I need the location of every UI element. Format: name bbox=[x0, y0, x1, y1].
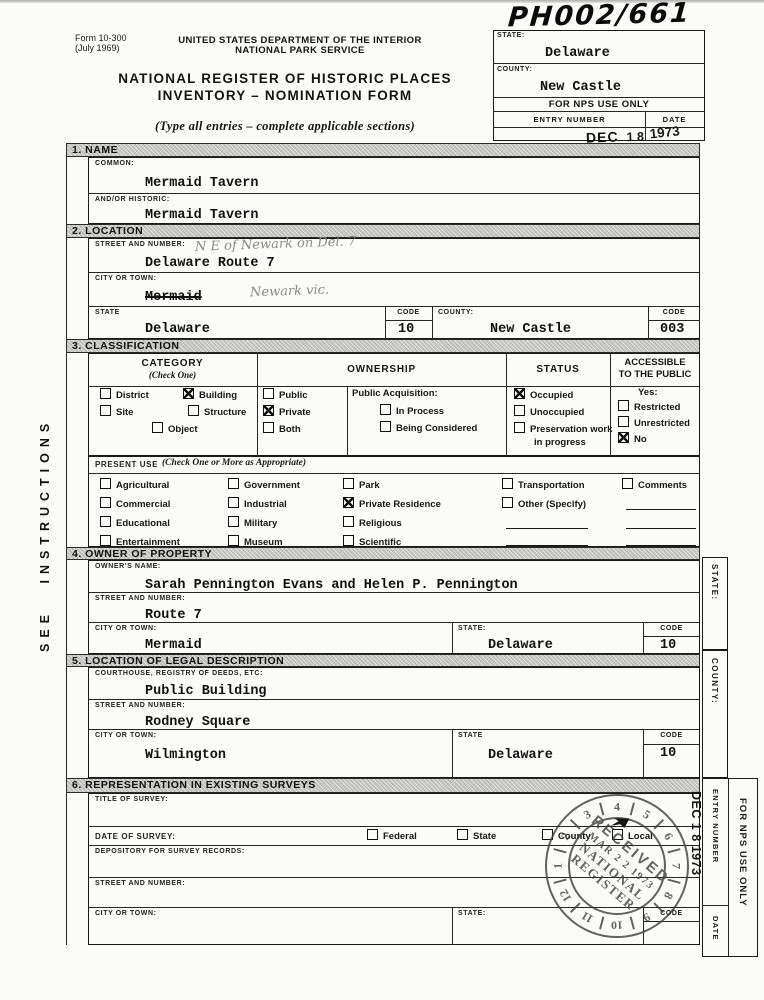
checkbox-label: Religious bbox=[359, 518, 402, 529]
owner-street-value: Route 7 bbox=[145, 608, 202, 623]
checkbox bbox=[100, 516, 111, 527]
section-1-header: 1. NAME bbox=[66, 143, 700, 157]
checkbox-transportation: Transportation bbox=[502, 478, 585, 491]
blank-write-in-line bbox=[626, 509, 696, 510]
owner-name-value: Sarah Pennington Evans and Helen P. Penn… bbox=[145, 578, 518, 593]
sidebar-entry-number-label: ENTRY NUMBER bbox=[711, 789, 720, 863]
checkbox-label: Industrial bbox=[244, 499, 287, 510]
state-value: Delaware bbox=[145, 322, 210, 337]
row-divider bbox=[89, 622, 699, 623]
checkbox-label: Military bbox=[244, 518, 277, 529]
city-handwritten-note: Newark vic. bbox=[250, 283, 330, 301]
survey-city-label: CITY OR TOWN: bbox=[95, 910, 157, 917]
common-value: Mermaid Tavern bbox=[145, 176, 258, 191]
street-value: Delaware Route 7 bbox=[145, 256, 275, 271]
blank-write-in-line bbox=[626, 545, 696, 546]
checkbox bbox=[183, 388, 194, 399]
checkbox-federal: Federal bbox=[367, 829, 417, 842]
stamp-dial-number: 7 bbox=[669, 863, 684, 869]
blank-write-in-line bbox=[626, 528, 696, 529]
checkbox-label: Preservation work bbox=[530, 424, 612, 435]
checkbox-label: District bbox=[116, 390, 149, 401]
checkbox bbox=[514, 388, 525, 399]
blank-write-in-line bbox=[506, 545, 588, 546]
checkbox-label: In Process bbox=[396, 406, 444, 417]
county-code-value: 003 bbox=[660, 322, 684, 337]
state-code-value: 10 bbox=[398, 322, 414, 337]
city-value-struck: Mermaid bbox=[145, 290, 202, 305]
status-header: STATUS bbox=[506, 364, 610, 375]
state-value: Delaware bbox=[545, 46, 610, 61]
county-value: New Castle bbox=[540, 80, 621, 95]
sidebar-divider bbox=[728, 778, 729, 957]
form-number-line2: (July 1969) bbox=[75, 43, 127, 53]
checkbox bbox=[618, 416, 629, 427]
checkbox bbox=[100, 478, 111, 489]
checkbox bbox=[502, 478, 513, 489]
checkbox bbox=[514, 422, 525, 433]
county-label: COUNTY: bbox=[438, 309, 474, 316]
checkbox bbox=[228, 516, 239, 527]
owner-code-value: 10 bbox=[660, 638, 676, 653]
checkbox-occupied: Occupied bbox=[514, 388, 573, 401]
accessible-header-line2: TO THE PUBLIC bbox=[610, 369, 700, 380]
form-number-line1: Form 10-300 bbox=[75, 33, 127, 43]
row-divider bbox=[89, 699, 699, 700]
checkbox bbox=[343, 516, 354, 527]
sidebar-nps-use-only-label: FOR NPS USE ONLY bbox=[737, 798, 748, 907]
stamp-dial-number: 1 bbox=[551, 863, 566, 869]
accessible-yes-label: Yes: bbox=[638, 387, 658, 398]
sidebar-state-label: STATE: bbox=[710, 564, 719, 601]
checkbox bbox=[343, 497, 354, 508]
owner-code-label: CODE bbox=[643, 625, 700, 632]
checkbox bbox=[263, 405, 274, 416]
checkbox-commercial: Commercial bbox=[100, 497, 170, 510]
checkbox-both: Both bbox=[263, 422, 301, 435]
checkbox-park: Park bbox=[343, 478, 380, 491]
checkbox bbox=[152, 422, 163, 433]
checkbox-restricted: Restricted bbox=[618, 400, 680, 413]
checkbox bbox=[618, 432, 629, 443]
sidebar-county-label: COUNTY: bbox=[710, 658, 719, 704]
cell-divider bbox=[452, 729, 453, 778]
checkbox-comments: Comments bbox=[622, 478, 687, 491]
blank-write-in-line bbox=[506, 528, 588, 529]
checkbox-label: Public bbox=[279, 390, 308, 401]
street-label: STREET AND NUMBER: bbox=[95, 241, 185, 248]
present-use-label: PRESENT USE bbox=[95, 460, 158, 469]
checkbox bbox=[100, 497, 111, 508]
code-divider bbox=[643, 636, 700, 637]
present-use-note: (Check One or More as Appropriate) bbox=[162, 458, 306, 468]
checkbox-label: Agricultural bbox=[116, 480, 169, 491]
checkbox-label: Educational bbox=[116, 518, 170, 529]
code-divider bbox=[643, 744, 700, 745]
nps-box-line bbox=[494, 63, 704, 64]
accessible-header-line1: ACCESSIBLE bbox=[610, 357, 700, 368]
depository-label: DEPOSITORY FOR SURVEY RECORDS: bbox=[95, 848, 245, 855]
stamp-dial-number: 4 bbox=[614, 800, 620, 815]
checkbox bbox=[343, 478, 354, 489]
handwritten-reference-number: PH002/661 bbox=[507, 0, 692, 33]
county-label: COUNTY: bbox=[497, 66, 533, 73]
checkbox-label: Transportation bbox=[518, 480, 585, 491]
checkbox-unrestricted: Unrestricted bbox=[618, 416, 690, 429]
checkbox-private-residence: Private Residence bbox=[343, 497, 441, 510]
category-note: (Check One) bbox=[88, 370, 257, 380]
checkbox-no: No bbox=[618, 432, 647, 445]
checkbox bbox=[100, 535, 111, 546]
checkbox-label: Building bbox=[199, 390, 237, 401]
checkbox-government: Government bbox=[228, 478, 300, 491]
checkbox bbox=[380, 404, 391, 415]
checkbox-preservation-work: Preservation work bbox=[514, 422, 612, 435]
entry-number-label: ENTRY NUMBER bbox=[494, 115, 645, 124]
state-label: STATE bbox=[95, 309, 120, 316]
owner-state-label: STATE: bbox=[458, 625, 486, 632]
code-divider bbox=[648, 320, 700, 321]
checkbox-label: Federal bbox=[383, 831, 417, 842]
ownership-header: OWNERSHIP bbox=[257, 364, 506, 375]
owner-city-label: CITY OR TOWN: bbox=[95, 625, 157, 632]
nps-box-line bbox=[494, 97, 704, 98]
checkbox-private: Private bbox=[263, 405, 311, 418]
cell-divider bbox=[432, 306, 433, 339]
checkbox-being-considered: Being Considered bbox=[380, 421, 477, 434]
checkbox-label: Restricted bbox=[634, 402, 680, 413]
checkbox-public: Public bbox=[263, 388, 308, 401]
row-divider bbox=[89, 272, 699, 273]
form-number: Form 10-300 (July 1969) bbox=[75, 33, 127, 53]
state-code-label: CODE bbox=[385, 309, 432, 316]
checkbox-label: Unoccupied bbox=[530, 407, 584, 418]
county-value: New Castle bbox=[490, 322, 571, 337]
checkbox-district: District bbox=[100, 388, 149, 401]
checkbox bbox=[188, 405, 199, 416]
historic-value: Mermaid Tavern bbox=[145, 208, 258, 223]
legal-state-value: Delaware bbox=[488, 748, 553, 763]
cell-divider bbox=[452, 622, 453, 654]
row-divider bbox=[89, 592, 699, 593]
checkbox bbox=[263, 388, 274, 399]
survey-title-label: TITLE OF SURVEY: bbox=[95, 796, 168, 803]
checkbox bbox=[100, 405, 111, 416]
checkbox-educational: Educational bbox=[100, 516, 170, 529]
form-title-line2: INVENTORY – NOMINATION FORM bbox=[90, 88, 480, 103]
checkbox-label: No bbox=[634, 434, 647, 445]
section-3-header: 3. CLASSIFICATION bbox=[66, 339, 700, 353]
section-6-header: 6. REPRESENTATION IN EXISTING SURVEYS bbox=[66, 778, 700, 793]
acquisition-label: Public Acquisition: bbox=[352, 388, 438, 399]
date-label: DATE bbox=[645, 115, 704, 124]
checkbox bbox=[100, 388, 111, 399]
checkbox-label: Private Residence bbox=[359, 499, 441, 510]
owner-street-label: STREET AND NUMBER: bbox=[95, 595, 185, 602]
sidebar-divider bbox=[702, 905, 728, 906]
survey-date-label: DATE OF SURVEY: bbox=[95, 832, 176, 841]
form-title-line1: NATIONAL REGISTER OF HISTORIC PLACES bbox=[90, 71, 480, 86]
checkbox bbox=[228, 535, 239, 546]
checkbox bbox=[367, 829, 378, 840]
city-label: CITY OR TOWN: bbox=[95, 275, 157, 282]
section-4-header: 4. OWNER OF PROPERTY bbox=[66, 547, 700, 560]
checkbox-label: Being Considered bbox=[396, 423, 477, 434]
checkbox-label: Private bbox=[279, 407, 311, 418]
checkbox-label: Structure bbox=[204, 407, 246, 418]
preservation-work-line2: in progress bbox=[534, 437, 586, 448]
checkbox-unoccupied: Unoccupied bbox=[514, 405, 584, 418]
checkbox-label: Government bbox=[244, 480, 300, 491]
cell-divider bbox=[452, 907, 453, 945]
code-divider bbox=[385, 320, 432, 321]
courthouse-label: COURTHOUSE, REGISTRY OF DEEDS, ETC: bbox=[95, 670, 263, 677]
type-instruction: (Type all entries – complete applicable … bbox=[90, 119, 480, 134]
checkbox bbox=[228, 497, 239, 508]
checkbox bbox=[618, 400, 629, 411]
checkbox-label: Comments bbox=[638, 480, 687, 491]
stamp-dial-number: 10 bbox=[611, 918, 623, 933]
legal-city-label: CITY OR TOWN: bbox=[95, 732, 157, 739]
side-date-stamp: DEC 1 8 1973 bbox=[687, 791, 703, 886]
legal-street-label: STREET AND NUMBER: bbox=[95, 702, 185, 709]
row-divider bbox=[89, 729, 699, 730]
sidebar-date-label: DATE bbox=[711, 916, 720, 941]
owner-name-label: OWNER'S NAME: bbox=[95, 563, 161, 570]
checkbox-religious: Religious bbox=[343, 516, 402, 529]
see-instructions-note: SEE INSTRUCTIONS bbox=[38, 352, 52, 652]
agency-line2: NATIONAL PARK SERVICE bbox=[140, 45, 460, 56]
section-5-header: 5. LOCATION OF LEGAL DESCRIPTION bbox=[66, 654, 700, 667]
row-divider bbox=[89, 473, 699, 474]
survey-state-label: STATE: bbox=[458, 910, 486, 917]
checkbox-label: Site bbox=[116, 407, 133, 418]
checkbox-agricultural: Agricultural bbox=[100, 478, 169, 491]
checkbox-military: Military bbox=[228, 516, 277, 529]
survey-street-label: STREET AND NUMBER: bbox=[95, 880, 185, 887]
checkbox-industrial: Industrial bbox=[228, 497, 287, 510]
checkbox bbox=[228, 478, 239, 489]
historic-label: AND/OR HISTORIC: bbox=[95, 196, 170, 203]
checkbox bbox=[457, 829, 468, 840]
checkbox bbox=[380, 421, 391, 432]
stamp-year: 1973 bbox=[649, 123, 680, 141]
checkbox bbox=[263, 422, 274, 433]
checkbox-object: Object bbox=[152, 422, 198, 435]
checkbox bbox=[502, 497, 513, 508]
checkbox-other-specify: Other (Specify) bbox=[502, 497, 586, 510]
checkbox-label: Park bbox=[359, 480, 380, 491]
checkbox-label: Object bbox=[168, 424, 198, 435]
checkbox-state: State bbox=[457, 829, 496, 842]
checkbox-label: Other (Specify) bbox=[518, 499, 586, 510]
legal-state-label: STATE bbox=[458, 732, 483, 739]
received-stamp: 1 2 3 4 5 6 7 8 9 10 11 12 RECEIVED MAR … bbox=[545, 794, 689, 938]
checkbox-building: Building bbox=[183, 388, 237, 401]
checkbox bbox=[622, 478, 633, 489]
checkbox bbox=[343, 535, 354, 546]
legal-street-value: Rodney Square bbox=[145, 715, 250, 730]
checkbox-site: Site bbox=[100, 405, 133, 418]
checkbox-label: Commercial bbox=[116, 499, 170, 510]
legal-city-value: Wilmington bbox=[145, 748, 226, 763]
table-header-divider bbox=[89, 386, 699, 387]
section-2-header: 2. LOCATION bbox=[66, 224, 700, 238]
subcol-divider bbox=[347, 386, 348, 456]
scanned-form-page: Form 10-300 (July 1969) UNITED STATES DE… bbox=[0, 0, 764, 1000]
checkbox-in-process: In Process bbox=[380, 404, 444, 417]
courthouse-value: Public Building bbox=[145, 684, 267, 699]
owner-city-value: Mermaid bbox=[145, 638, 202, 653]
legal-code-label: CODE bbox=[643, 732, 700, 739]
checkbox-structure: Structure bbox=[188, 405, 246, 418]
row-divider bbox=[89, 193, 699, 194]
owner-state-value: Delaware bbox=[488, 638, 553, 653]
checkbox-label: Both bbox=[279, 424, 301, 435]
checkbox bbox=[514, 405, 525, 416]
checkbox-label: Unrestricted bbox=[634, 418, 690, 429]
legal-code-value: 10 bbox=[660, 746, 676, 761]
state-label: STATE: bbox=[497, 32, 525, 39]
nps-box-line bbox=[494, 111, 704, 112]
category-header: CATEGORY bbox=[88, 358, 257, 369]
row-divider bbox=[89, 306, 699, 307]
common-label: COMMON: bbox=[95, 160, 134, 167]
checkbox-label: State bbox=[473, 831, 496, 842]
nps-use-only-label: FOR NPS USE ONLY bbox=[494, 99, 704, 110]
county-code-label: CODE bbox=[648, 309, 700, 316]
checkbox-label: Occupied bbox=[530, 390, 573, 401]
